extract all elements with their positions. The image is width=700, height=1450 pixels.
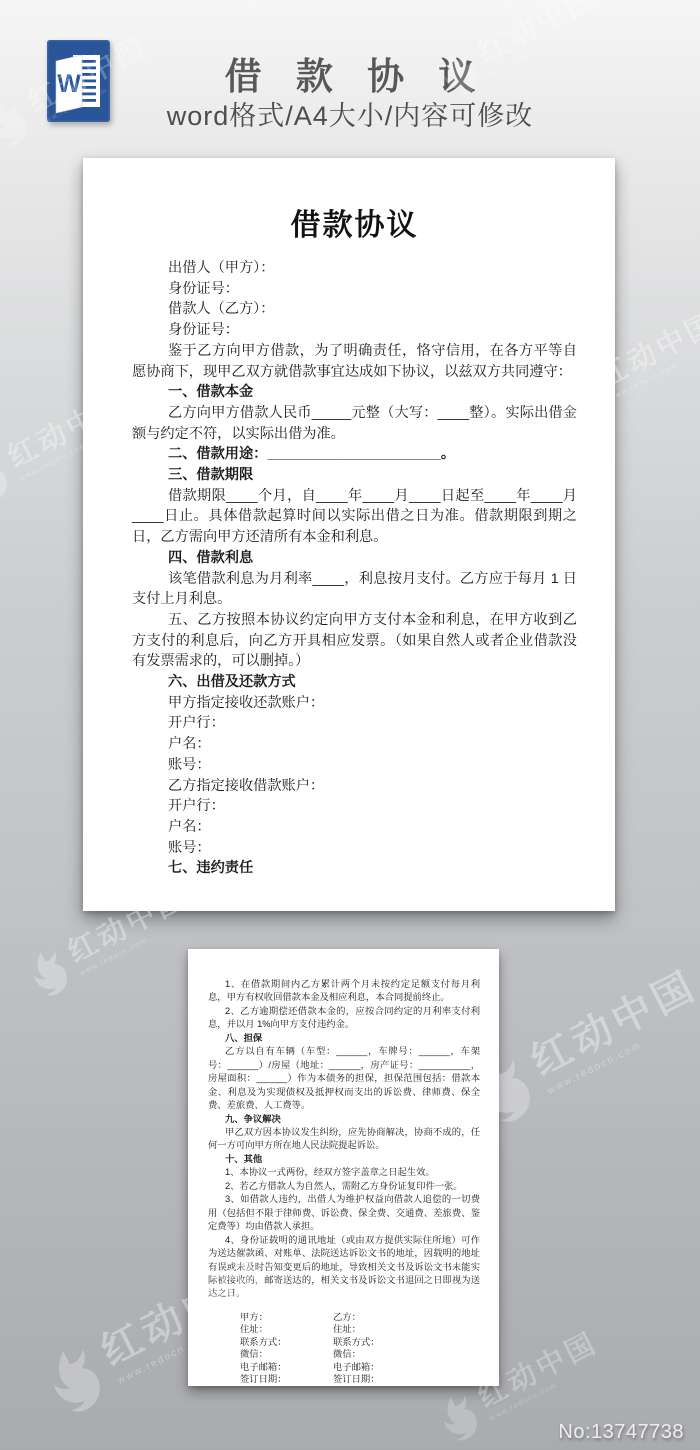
redocn-swirl-icon (22, 940, 80, 1004)
template-title: 借 款 协 议 (0, 46, 700, 100)
signature-field-party-b: 签订日期： (333, 1373, 380, 1386)
doc-line: 4、身份证载明的通讯地址（或由双方提供实际住所地）可作为送达催款函、对账单、法院… (208, 1234, 480, 1301)
signature-row: 甲方： 乙方： (240, 1311, 480, 1324)
signature-field-party-b: 联系方式： (333, 1336, 380, 1349)
doc-line: 开户行： (132, 713, 577, 734)
signature-field-party-a: 电子邮箱： (240, 1361, 333, 1374)
signature-field-party-a: 微信： (240, 1348, 333, 1361)
doc-line: 九、争议解决 (208, 1113, 480, 1126)
doc-line: 开户行： (132, 796, 577, 817)
doc-line: 1、在借款期间内乙方累计两个月未按约定足额支付每月利息，甲方有权收回借款本金及相… (208, 978, 480, 1005)
doc-line: 3、如借款人违约，出借人为维护权益向借款人追偿的一切费用（包括但不限于律师费、诉… (208, 1193, 480, 1233)
doc-line: 借款人（乙方）： (132, 299, 577, 320)
signature-row: 联系方式： 联系方式： (240, 1336, 480, 1349)
signature-row: 电子邮箱： 电子邮箱： (240, 1361, 480, 1374)
doc-line: 身份证号： (132, 279, 577, 300)
watermark: 红动中国www.redocn.com (467, 959, 700, 1133)
doc-line: 账号： (132, 838, 577, 859)
signature-field-party-b: 微信： (333, 1348, 361, 1361)
doc-line: 鉴于乙方向甲方借款，为了明确责任，恪守信用，在各方平等自愿协商下，现甲乙双方就借… (132, 341, 577, 382)
signature-field-party-b: 电子邮箱： (333, 1361, 380, 1374)
doc-line: 1、本协议一式两份，经双方签字盖章之日起生效。 (208, 1166, 480, 1179)
document-body-2: 1、在借款期间内乙方累计两个月未按约定足额支付每月利息，甲方有权收回借款本金及相… (208, 978, 480, 1301)
document-page-2: 1、在借款期间内乙方累计两个月未按约定足额支付每月利息，甲方有权收回借款本金及相… (188, 949, 499, 1386)
template-subtitle: word格式/A4大小/内容可修改 (0, 94, 700, 133)
doc-line: 一、借款本金 (132, 382, 577, 403)
doc-line: 户名： (132, 817, 577, 838)
doc-line: 2、乙方逾期偿还借款本金的，应按合同约定的月利率支付利息，并以月 1%向甲方支付… (208, 1005, 480, 1032)
doc-line: 乙方以自有车辆（车型：______，车牌号：______，车架号：______）… (208, 1045, 480, 1112)
signature-field-party-a: 联系方式： (240, 1336, 333, 1349)
doc-line: 出借人（甲方）： (132, 258, 577, 279)
doc-line: 十、其他 (208, 1153, 480, 1166)
redocn-swirl-icon (0, 445, 20, 509)
doc-line: 该笔借款利息为月利率____，利息按月支付。乙方应于每月 1 日支付上月利息。 (132, 569, 577, 610)
doc-line: 五、乙方按照本协议约定向甲方支付本金和利息，在甲方收到乙方支付的利息后，向乙方开… (132, 610, 577, 672)
doc-line: 三、借款期限 (132, 465, 577, 486)
doc-line: 户名： (132, 734, 577, 755)
signature-field-party-b: 乙方： (333, 1311, 361, 1324)
doc-line: 借款期限____个月，自____年____月____日起至____年____月_… (132, 486, 577, 548)
doc-line: 甲方指定接收还款账户： (132, 693, 577, 714)
redocn-swirl-icon (432, 1385, 490, 1449)
doc-line: 六、出借及还款方式 (132, 672, 577, 693)
signature-row: 住址： 住址： (240, 1323, 480, 1336)
document-body-1: 出借人（甲方）：身份证号：借款人（乙方）：身份证号：鉴于乙方向甲方借款，为了明确… (132, 258, 577, 879)
signature-row: 微信： 微信： (240, 1348, 480, 1361)
doc-line: 二、借款用途：______________________。 (132, 444, 577, 465)
doc-line: 账号： (132, 755, 577, 776)
redocn-swirl-icon (37, 1334, 118, 1423)
doc-line: 八、担保 (208, 1032, 480, 1045)
doc-line: 身份证号： (132, 320, 577, 341)
doc-line: 甲乙双方因本协议发生纠纷，应先协商解决，协商不成的，任何一方可向甲方所在地人民法… (208, 1126, 480, 1153)
document-title: 借款协议 (132, 200, 577, 244)
document-page-1: 借款协议 出借人（甲方）：身份证号：借款人（乙方）：身份证号：鉴于乙方向甲方借款… (83, 158, 615, 911)
doc-line: 七、违约责任 (132, 858, 577, 879)
doc-line: 四、借款利息 (132, 548, 577, 569)
signature-field-party-a: 住址： (240, 1323, 333, 1336)
signature-field-party-a: 签订日期： (240, 1373, 333, 1386)
signature-field-party-b: 住址： (333, 1323, 361, 1336)
doc-line: 2、若乙方借款人为自然人，需附乙方身份证复印件一张。 (208, 1180, 480, 1193)
signature-field-party-a: 甲方： (240, 1311, 333, 1324)
doc-line: 乙方向甲方借款人民币_____元整（大写：____整）。实际出借金额与约定不符，… (132, 403, 577, 444)
signature-row: 签订日期： 签订日期： (240, 1373, 480, 1386)
image-id-number: No:13747738 (558, 1421, 684, 1444)
doc-line: 乙方指定接收借款账户： (132, 776, 577, 797)
signature-block: 甲方： 乙方： 住址： 住址： 联系方式： 联系方式： 微信： 微信： (240, 1311, 480, 1386)
